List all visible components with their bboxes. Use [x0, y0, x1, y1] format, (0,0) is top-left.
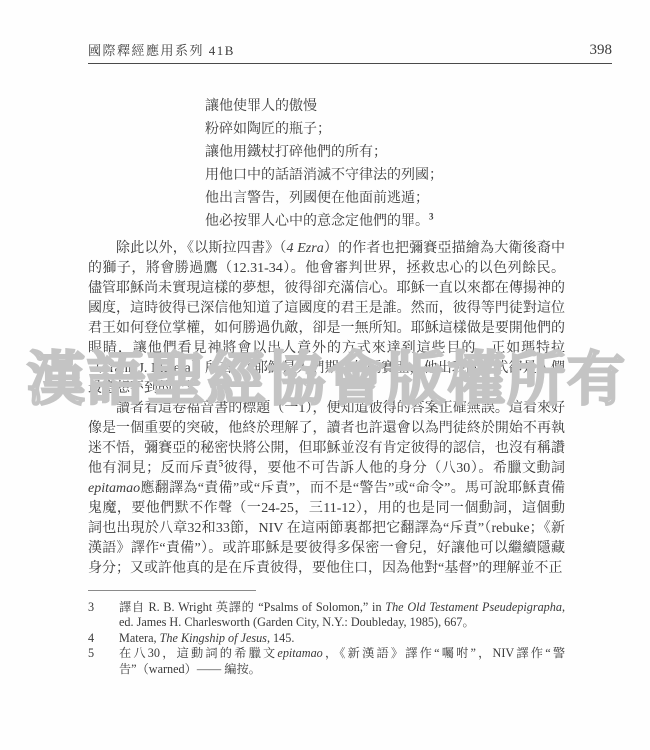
- page-number: 398: [590, 42, 613, 59]
- greek-transliteration: epitamao: [277, 646, 322, 660]
- footnote-number: 4: [88, 631, 119, 646]
- page-header: 國際釋經應用系列 41B 398: [88, 40, 612, 64]
- book-page: 國際釋經應用系列 41B 398 讓他使罪人的傲慢 粉碎如陶匠的瓶子； 讓他用鐵…: [0, 0, 650, 750]
- footnote: 4 Matera, The Kingship of Jesus, 145.: [88, 631, 565, 646]
- footnote-ref: 4: [185, 378, 190, 388]
- footnote-ref: 3: [429, 211, 434, 221]
- footnote-separator: [88, 590, 256, 591]
- footnote-text: 譯自 R. B. Wright 英譯的 “Psalms of Solomon,”…: [119, 600, 565, 631]
- poem-line: 他必按罪人心中的意念定他們的罪。3: [205, 210, 565, 233]
- footnote-text: Matera, The Kingship of Jesus, 145.: [119, 631, 565, 646]
- latin-italic: 4 Ezra: [287, 241, 324, 256]
- paragraph: 除此以外，《以斯拉四書》（4 Ezra）的作者也把彌賽亞描繪為大衛後裔中的獅子，…: [88, 239, 565, 399]
- poem-line: 讓他用鐵杖打碎他們的所有；: [205, 141, 565, 164]
- paragraph: 讀者看這卷福音書的標題（一1），便知道彼得的答案正確無誤。這看來好像是一個重要的…: [88, 399, 565, 579]
- book-title-italic: The Kingship of Jesus: [160, 631, 267, 645]
- footnote-number: 3: [88, 600, 119, 631]
- series-title: 國際釋經應用系列 41B: [88, 40, 235, 59]
- poem-line: 他出言警告，列國便在他面前逃遁；: [205, 187, 565, 210]
- footnotes-section: 3 譯自 R. B. Wright 英譯的 “Psalms of Solomon…: [88, 590, 565, 677]
- footnote: 5 在八30，這動詞的希臘文epitamao，《新漢語》譯作“囑咐”，NIV譯作…: [88, 646, 565, 677]
- footnote: 3 譯自 R. B. Wright 英譯的 “Psalms of Solomon…: [88, 600, 565, 631]
- body-text: 除此以外，《以斯拉四書》（4 Ezra）的作者也把彌賽亞描繪為大衛後裔中的獅子，…: [88, 239, 565, 579]
- page-content: 讓他使罪人的傲慢 粉碎如陶匠的瓶子； 讓他用鐵杖打碎他們的所有； 用他口中的話語…: [88, 95, 565, 677]
- poem-quotation: 讓他使罪人的傲慢 粉碎如陶匠的瓶子； 讓他用鐵杖打碎他們的所有； 用他口中的話語…: [205, 95, 565, 233]
- greek-transliteration: epitamao: [88, 481, 140, 496]
- poem-line: 讓他使罪人的傲慢: [205, 95, 565, 118]
- poem-line: 粉碎如陶匠的瓶子；: [205, 118, 565, 141]
- footnote-text: 在八30，這動詞的希臘文epitamao，《新漢語》譯作“囑咐”，NIV譯作“警…: [119, 646, 565, 677]
- book-title-italic: The Old Testament Pseudepigrapha: [385, 600, 562, 614]
- poem-line: 用他口中的話語消滅不守律法的列國；: [205, 164, 565, 187]
- footnote-number: 5: [88, 646, 119, 677]
